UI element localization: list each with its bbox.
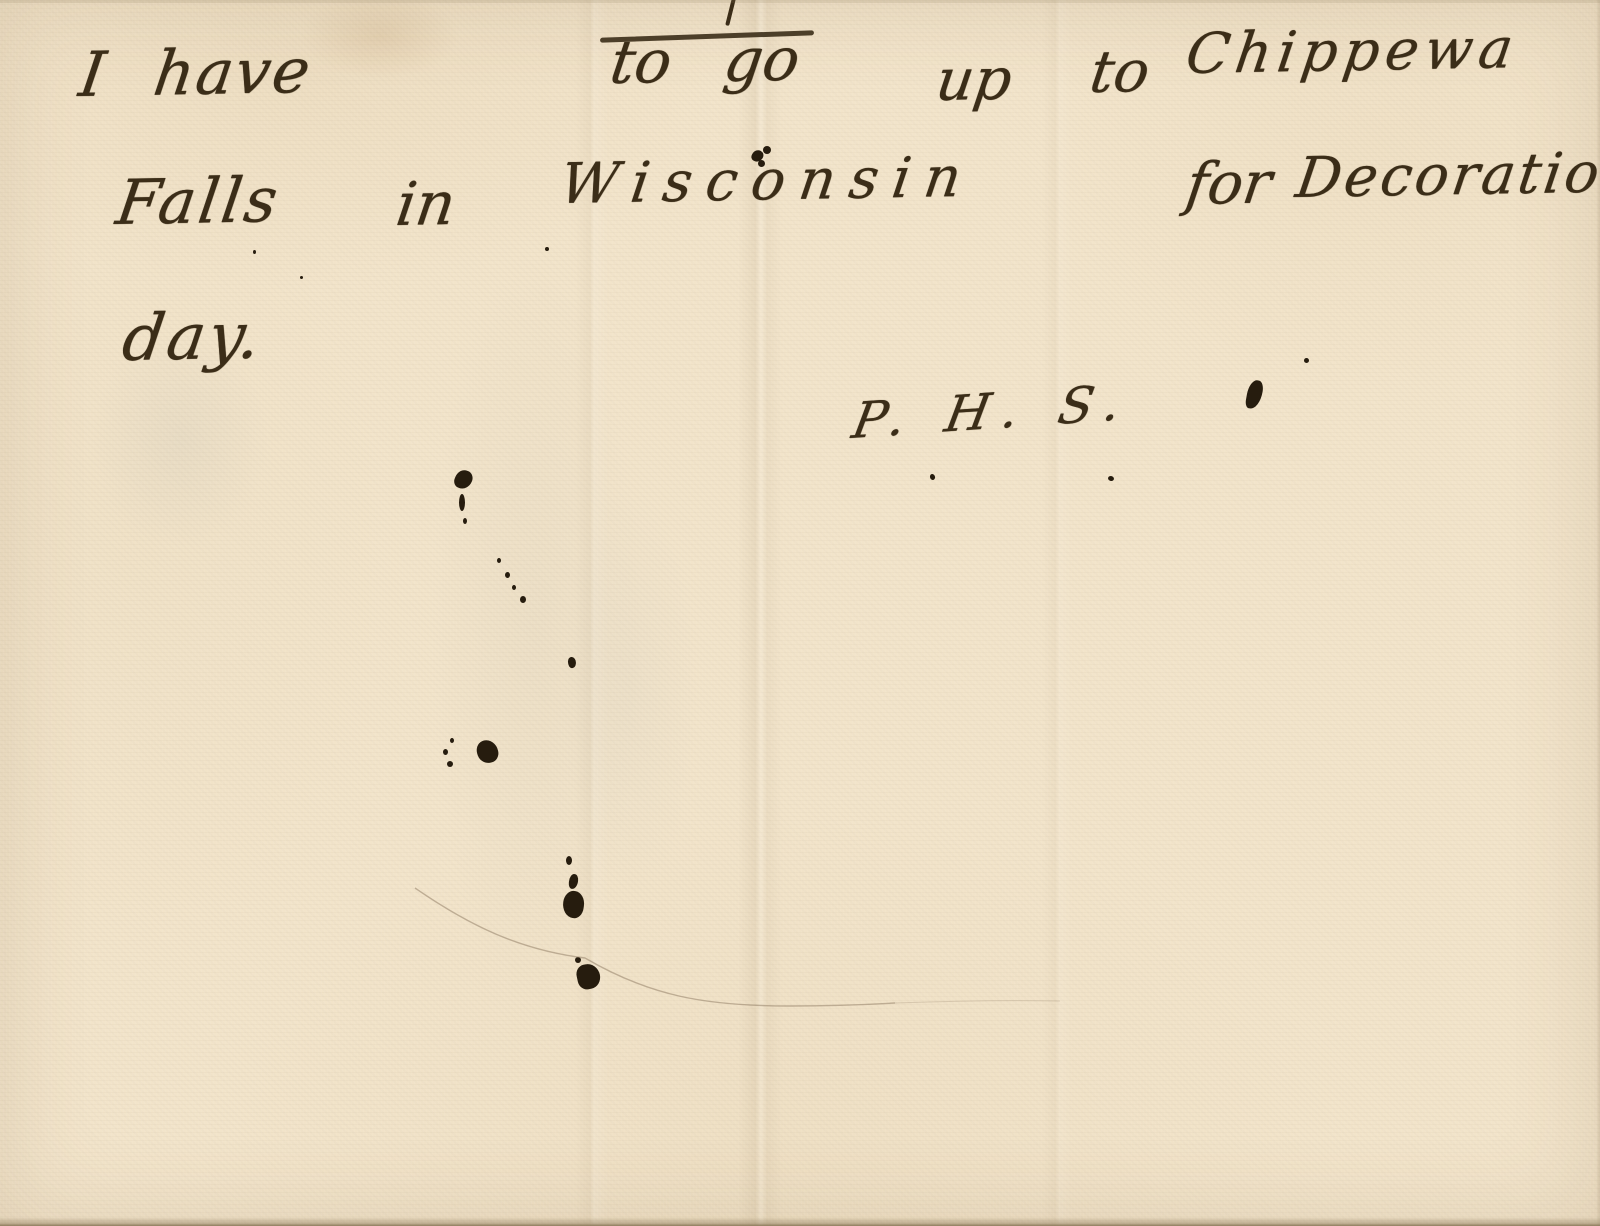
ink-blot [561, 890, 586, 920]
paper-stain [430, 250, 640, 1010]
handwritten-word: Falls [112, 163, 285, 239]
ink-speck [497, 558, 501, 563]
ink-speck [300, 276, 303, 279]
handwritten-word: to [1086, 37, 1154, 106]
handwritten-word: Decoration [1292, 140, 1600, 211]
ink-speck [520, 596, 526, 603]
paper-stain [300, 0, 460, 80]
ink-speck [450, 738, 454, 743]
ink-speck [545, 247, 549, 251]
ink-splatter [763, 146, 771, 154]
handwritten-word: day. [118, 300, 268, 376]
ink-blot [575, 962, 603, 991]
handwritten-word: Chippewa [1182, 16, 1523, 87]
handwritten-word: Wisconsin [556, 145, 979, 217]
ink-blot [452, 468, 475, 492]
ink-speck [447, 761, 453, 767]
handwritten-word: up [932, 45, 1016, 114]
ink-blot [567, 656, 578, 669]
ink-speck [1107, 475, 1114, 481]
ink-speck [253, 250, 256, 254]
handwritten-word: in [392, 169, 460, 240]
ink-speck [512, 585, 516, 590]
handwritten-word: to go [606, 25, 804, 98]
ink-speck [505, 572, 510, 578]
signature-initials: P. H. S. [848, 373, 1138, 450]
ink-blot [1245, 379, 1265, 410]
ink-blot [459, 494, 465, 511]
ink-speck [443, 749, 448, 755]
scan-edge-shadow [0, 1217, 1600, 1226]
paper-stain [560, 480, 700, 900]
ink-speck [929, 473, 936, 480]
ink-blot [568, 874, 579, 890]
letter-scan-page: I have to go up to Chippewa Falls in Wis… [0, 0, 1600, 1226]
ink-speck [566, 856, 572, 865]
fold-line [1042, 0, 1072, 1226]
ink-blot [475, 738, 500, 765]
ink-speck [1304, 358, 1309, 363]
scan-edge-top [0, 0, 1600, 3]
ink-speck [575, 957, 581, 963]
cutoff-pen-stroke [725, 0, 737, 26]
handwritten-word: I have [75, 34, 317, 111]
handwritten-word: for [1182, 149, 1276, 218]
ink-speck [463, 518, 467, 524]
ink-splatter [758, 160, 765, 167]
